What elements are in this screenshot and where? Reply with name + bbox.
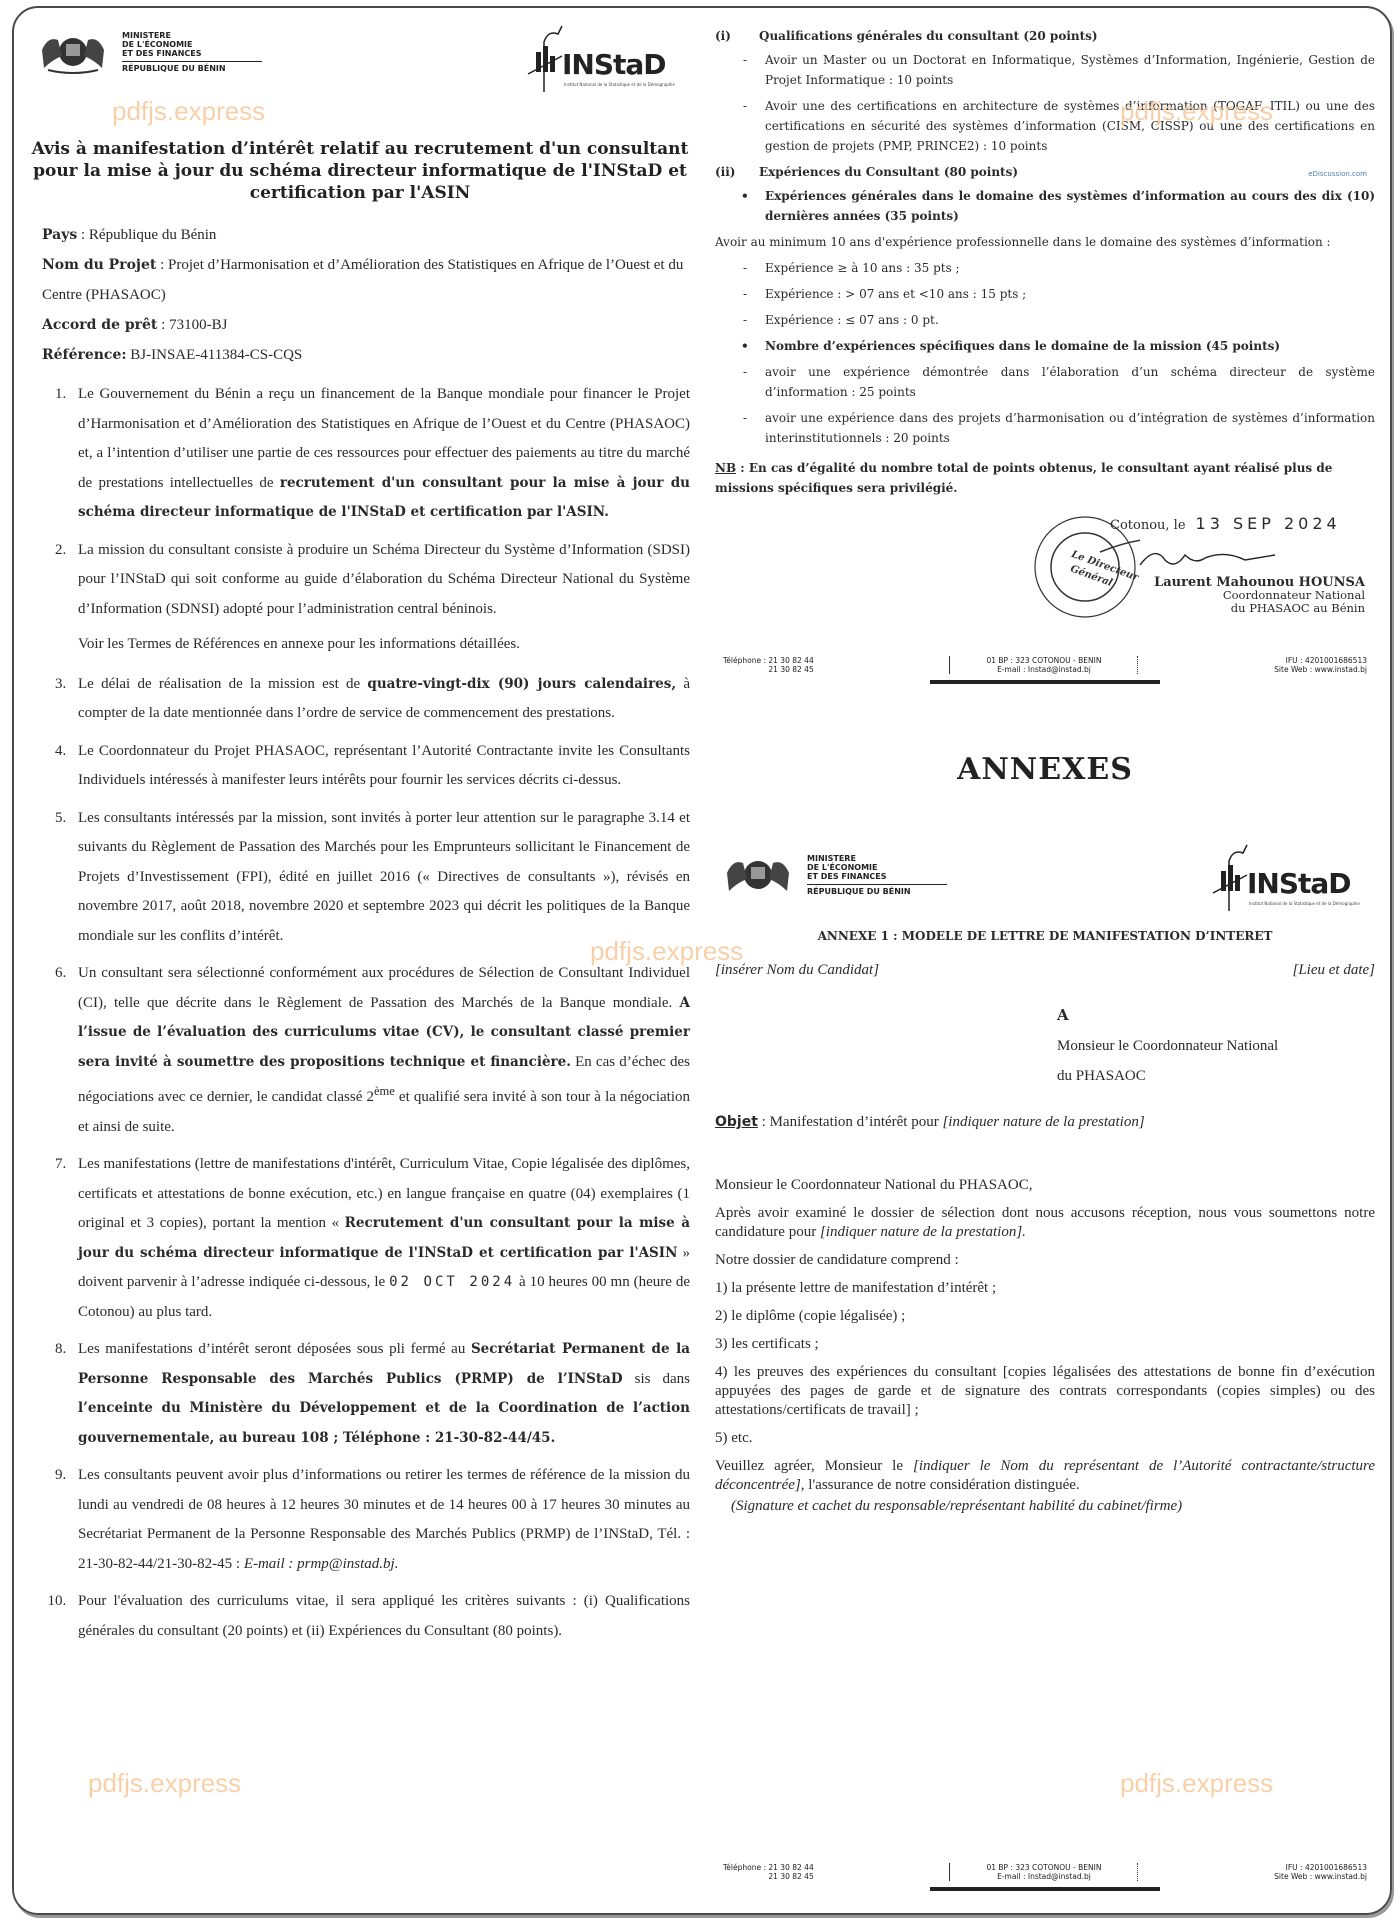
phone-2: 21 30 82 45 [723, 665, 814, 674]
letter-subject: Objet : Manifestation d’intérêt pour [in… [715, 1113, 1375, 1132]
site-watermark: eDiscussion.com [1308, 170, 1367, 178]
nb-text: : En cas d’égalité du nombre total de po… [715, 461, 1332, 495]
paragraph-2: La mission du consultant consiste à prod… [70, 536, 690, 660]
letterhead-footer-2: Téléphone : 21 30 82 4421 30 82 45 01 BP… [715, 1863, 1375, 1891]
text: sis dans [623, 1371, 690, 1387]
paragraph-6: Un consultant sera sélectionné conformém… [70, 959, 690, 1142]
list-item: Expériences générales dans le domaine de… [715, 186, 1375, 226]
text: , l'assurance de notre considération dis… [801, 1477, 1080, 1493]
notice-title: Avis à manifestation d’intérêt relatif a… [30, 138, 690, 204]
footer-row: Téléphone : 21 30 82 4421 30 82 45 01 BP… [715, 1863, 1375, 1881]
phone-1: Téléphone : 21 30 82 44 [723, 656, 814, 665]
paragraph-9: Les consultants peuvent avoir plus d’inf… [70, 1461, 690, 1579]
signature-block: Le Directeur Général Cotonou, le13 SEP 2… [715, 506, 1375, 656]
subject-label: Objet [715, 1114, 758, 1130]
text: Pour l'évaluation des curriculums vitae,… [78, 1593, 690, 1639]
footer-ids: IFU : 4201001686513Site Web : www.instad… [1274, 1863, 1367, 1881]
list-item: Expérience : > 07 ans et <10 ans : 15 pt… [715, 284, 1375, 304]
paragraph-7: Les manifestations (lettre de manifestat… [70, 1150, 690, 1327]
tie-break-note: NB : En cas d’égalité du nombre total de… [715, 458, 1375, 498]
criteria-number: (i) [715, 26, 759, 46]
meta-label: Pays [42, 227, 77, 243]
letterhead-footer-1: Téléphone : 21 30 82 4421 30 82 45 01 BP… [715, 656, 1375, 684]
notice-column: MINISTERE DE L'ÉCONOMIE ET DES FINANCES … [30, 20, 690, 1654]
instad-wordmark: INStaD [1247, 867, 1351, 900]
meta-project: Nom du Projet : Projet d’Harmonisation e… [42, 250, 690, 310]
paragraph-1: Le Gouvernement du Bénin a reçu un finan… [70, 380, 690, 528]
paragraph-4: Le Coordonnateur du Projet PHASAOC, repr… [70, 737, 690, 796]
criteria-number: (ii) [715, 162, 759, 182]
annexes-heading: ANNEXES [715, 752, 1375, 787]
paragraph-5: Les consultants intéressés par la missio… [70, 804, 690, 952]
annex-letterhead: MINISTERE DE L'ÉCONOMIE ET DES FINANCES … [715, 847, 1375, 927]
list-item: Avoir un Master ou un Doctorat en Inform… [715, 50, 1375, 90]
ministry-line: MINISTERE [122, 31, 171, 40]
placeholder: [indiquer nature de la prestation]. [820, 1224, 1026, 1240]
meta-value: BJ-INSAE-411384-CS-CQS [127, 347, 303, 363]
superscript: ème [374, 1084, 395, 1098]
criteria-title: Qualifications générales du consultant (… [759, 26, 1098, 46]
list-item: Expérience ≥ à 10 ans : 35 pts ; [715, 258, 1375, 278]
criteria-ii-header: (ii)Expériences du Consultant (80 points… [715, 162, 1375, 182]
list-item: avoir une expérience démontrée dans l’él… [715, 362, 1375, 402]
signatory: Laurent Mahounou HOUNSA Coordonnateur Na… [1154, 576, 1365, 615]
candidate-placeholder: [insérer Nom du Candidat] [715, 961, 879, 980]
ministry-name: MINISTERE DE L'ÉCONOMIE ET DES FINANCES … [807, 854, 947, 896]
recipient-prefix: A [1057, 1006, 1069, 1024]
place-date-placeholder: [Lieu et date] [1293, 961, 1376, 980]
ifu-number: IFU : 4201001686513 [1274, 1863, 1367, 1872]
nb-label: NB [715, 461, 736, 475]
postal-address: 01 BP : 323 COTONOU - BENIN [986, 1863, 1101, 1872]
instad-subtitle: Institut National de la Statistique et d… [1249, 901, 1360, 906]
paragraph-10: Pour l'évaluation des curriculums vitae,… [70, 1587, 690, 1646]
list-item: avoir une expérience dans des projets d’… [715, 408, 1375, 448]
deadline-date-stamp: 02 OCT 2024 [389, 1274, 515, 1290]
list-item: 3) les certificats ; [715, 1335, 1375, 1354]
list-item: 1) la présente lettre de manifestation d… [715, 1279, 1375, 1298]
criteria-and-annex-column: (i)Qualifications générales du consultan… [715, 20, 1375, 1516]
model-letter: [insérer Nom du Candidat] [Lieu et date]… [715, 961, 1375, 1516]
list-item: Avoir une des certifications en architec… [715, 96, 1375, 156]
footer-bar [930, 680, 1160, 684]
phone-1: Téléphone : 21 30 82 44 [723, 1863, 814, 1872]
footer-phone: Téléphone : 21 30 82 4421 30 82 45 [723, 1863, 814, 1881]
website-link[interactable]: Site Web : www.instad.bj [1274, 665, 1367, 674]
tor-note: Voir les Termes de Références en annexe … [78, 630, 690, 660]
list-item: Nombre d’expériences spécifiques dans le… [715, 336, 1375, 356]
handwritten-signature-icon [1135, 540, 1285, 580]
text-bold: l’enceinte du Ministère du Développement… [78, 1400, 690, 1446]
footer-phone: Téléphone : 21 30 82 4421 30 82 45 [723, 656, 814, 674]
meta-reference: Référence: BJ-INSAE-411384-CS-CQS [42, 340, 690, 370]
ministry-logo: MINISTERE DE L'ÉCONOMIE ET DES FINANCES … [723, 853, 947, 897]
signature-line: (Signature et cachet du responsable/repr… [731, 1497, 1375, 1516]
text: Après avoir examiné le dossier de sélect… [715, 1205, 1375, 1240]
meta-label: Référence: [42, 347, 127, 363]
meta-label: Accord de prêt [42, 317, 157, 333]
instad-logo: INStaD Institut National de la Statistiq… [1207, 841, 1367, 921]
letter-top-row: [insérer Nom du Candidat] [Lieu et date] [715, 961, 1375, 980]
list-item: 5) etc. [715, 1429, 1375, 1448]
meta-label: Nom du Projet [42, 257, 156, 273]
subject-placeholder: [indiquer nature de la prestation] [942, 1114, 1144, 1130]
footer-address: 01 BP : 323 COTONOU - BENINE-mail : Inst… [949, 656, 1138, 674]
text: Veuillez agréer, Monsieur le [715, 1458, 913, 1474]
email-link[interactable]: E-mail : Instad@instad.bj [986, 665, 1101, 674]
meta-value: : République du Bénin [77, 227, 216, 243]
text: Les consultants intéressés par la missio… [78, 810, 690, 944]
evaluation-criteria: (i)Qualifications générales du consultan… [715, 26, 1375, 498]
ministry-line: ET DES FINANCES [122, 49, 201, 58]
project-meta: Pays : République du Bénin Nom du Projet… [42, 220, 690, 370]
recipient-line: Monsieur le Coordonnateur National [1057, 1031, 1375, 1061]
instad-subtitle: Institut National de la Statistique et d… [564, 82, 675, 87]
republic-name: RÉPUBLIQUE DU BÉNIN [122, 61, 262, 73]
paragraph-8: Les manifestations d’intérêt seront dépo… [70, 1335, 690, 1453]
instad-wordmark: INStaD [562, 48, 666, 81]
ministry-line: MINISTERE [807, 854, 856, 863]
email-link[interactable]: E-mail : Instad@instad.bj [986, 1872, 1101, 1881]
prmp-email-link[interactable]: E-mail : prmp@instad.bj. [244, 1556, 399, 1572]
criteria-i-header: (i)Qualifications générales du consultan… [715, 26, 1375, 46]
ministry-name: MINISTERE DE L'ÉCONOMIE ET DES FINANCES … [122, 31, 262, 73]
ministry-line: DE L'ÉCONOMIE [122, 40, 192, 49]
list-item: 2) le diplôme (copie légalisée) ; [715, 1307, 1375, 1326]
text: Un consultant sera sélectionné conformém… [78, 965, 690, 1011]
ministry-logo: MINISTERE DE L'ÉCONOMIE ET DES FINANCES … [38, 30, 262, 74]
website-link[interactable]: Site Web : www.instad.bj [1274, 1872, 1367, 1881]
instad-logo: INStaD Institut National de la Statistiq… [522, 22, 682, 102]
letter-closing: Veuillez agréer, Monsieur le [indiquer l… [715, 1457, 1375, 1495]
text: Les manifestations d’intérêt seront dépo… [78, 1341, 471, 1357]
meta-value: : 73100-BJ [157, 317, 227, 333]
place: Cotonou, le [1110, 518, 1186, 533]
footer-bar [930, 1887, 1160, 1891]
criteria-ii-general: Expériences générales dans le domaine de… [715, 186, 1375, 226]
phone-2: 21 30 82 45 [723, 1872, 814, 1881]
salutation: Monsieur le Coordonnateur National du PH… [715, 1176, 1375, 1195]
list-item: Expérience : ≤ 07 ans : 0 pt. [715, 310, 1375, 330]
notice-paragraphs: Le Gouvernement du Bénin a reçu un finan… [30, 380, 690, 1646]
postal-address: 01 BP : 323 COTONOU - BENIN [986, 656, 1101, 665]
letter-body-1: Après avoir examiné le dossier de sélect… [715, 1204, 1375, 1242]
experience-intro: Avoir au minimum 10 ans d'expérience pro… [715, 232, 1375, 252]
subject-text: : Manifestation d’intérêt pour [758, 1114, 943, 1130]
footer-address: 01 BP : 323 COTONOU - BENINE-mail : Inst… [949, 1863, 1138, 1881]
text: La mission du consultant consiste à prod… [78, 542, 690, 617]
benin-coat-of-arms-icon [38, 30, 108, 74]
footer-ids: IFU : 4201001686513Site Web : www.instad… [1274, 656, 1367, 674]
benin-coat-of-arms-icon [723, 853, 793, 897]
experience-scale: Expérience ≥ à 10 ans : 35 pts ; Expérie… [715, 258, 1375, 448]
list-item: 4) les preuves des expériences du consul… [715, 1363, 1375, 1420]
ministry-line: DE L'ÉCONOMIE [807, 863, 877, 872]
paragraph-3: Le délai de réalisation de la mission es… [70, 670, 690, 729]
ministry-line: ET DES FINANCES [807, 872, 886, 881]
text: Le Coordonnateur du Projet PHASAOC, repr… [78, 743, 690, 789]
text: Le délai de réalisation de la mission es… [78, 676, 367, 692]
letter-body-2: Notre dossier de candidature comprend : [715, 1251, 1375, 1270]
recipient-line: du PHASAOC [1057, 1061, 1375, 1091]
letter-recipient: A Monsieur le Coordonnateur National du … [1057, 1000, 1375, 1091]
footer-row: Téléphone : 21 30 82 4421 30 82 45 01 BP… [715, 656, 1375, 674]
criteria-i-list: Avoir un Master ou un Doctorat en Inform… [715, 50, 1375, 156]
ifu-number: IFU : 4201001686513 [1274, 656, 1367, 665]
meta-country: Pays : République du Bénin [42, 220, 690, 250]
place-and-date: Cotonou, le13 SEP 2024 [1110, 514, 1341, 533]
meta-loan: Accord de prêt : 73100-BJ [42, 310, 690, 340]
date-stamp: 13 SEP 2024 [1196, 514, 1341, 533]
annex-1-title: ANNEXE 1 : MODELE DE LETTRE DE MANIFESTA… [715, 929, 1375, 943]
text-bold: quatre-vingt-dix (90) jours calendaires, [367, 676, 676, 692]
letterhead: MINISTERE DE L'ÉCONOMIE ET DES FINANCES … [30, 20, 690, 130]
criteria-title: Expériences du Consultant (80 points) [759, 162, 1018, 182]
republic-name: RÉPUBLIQUE DU BÉNIN [807, 884, 947, 896]
signatory-role: du PHASAOC au Bénin [1154, 602, 1365, 615]
